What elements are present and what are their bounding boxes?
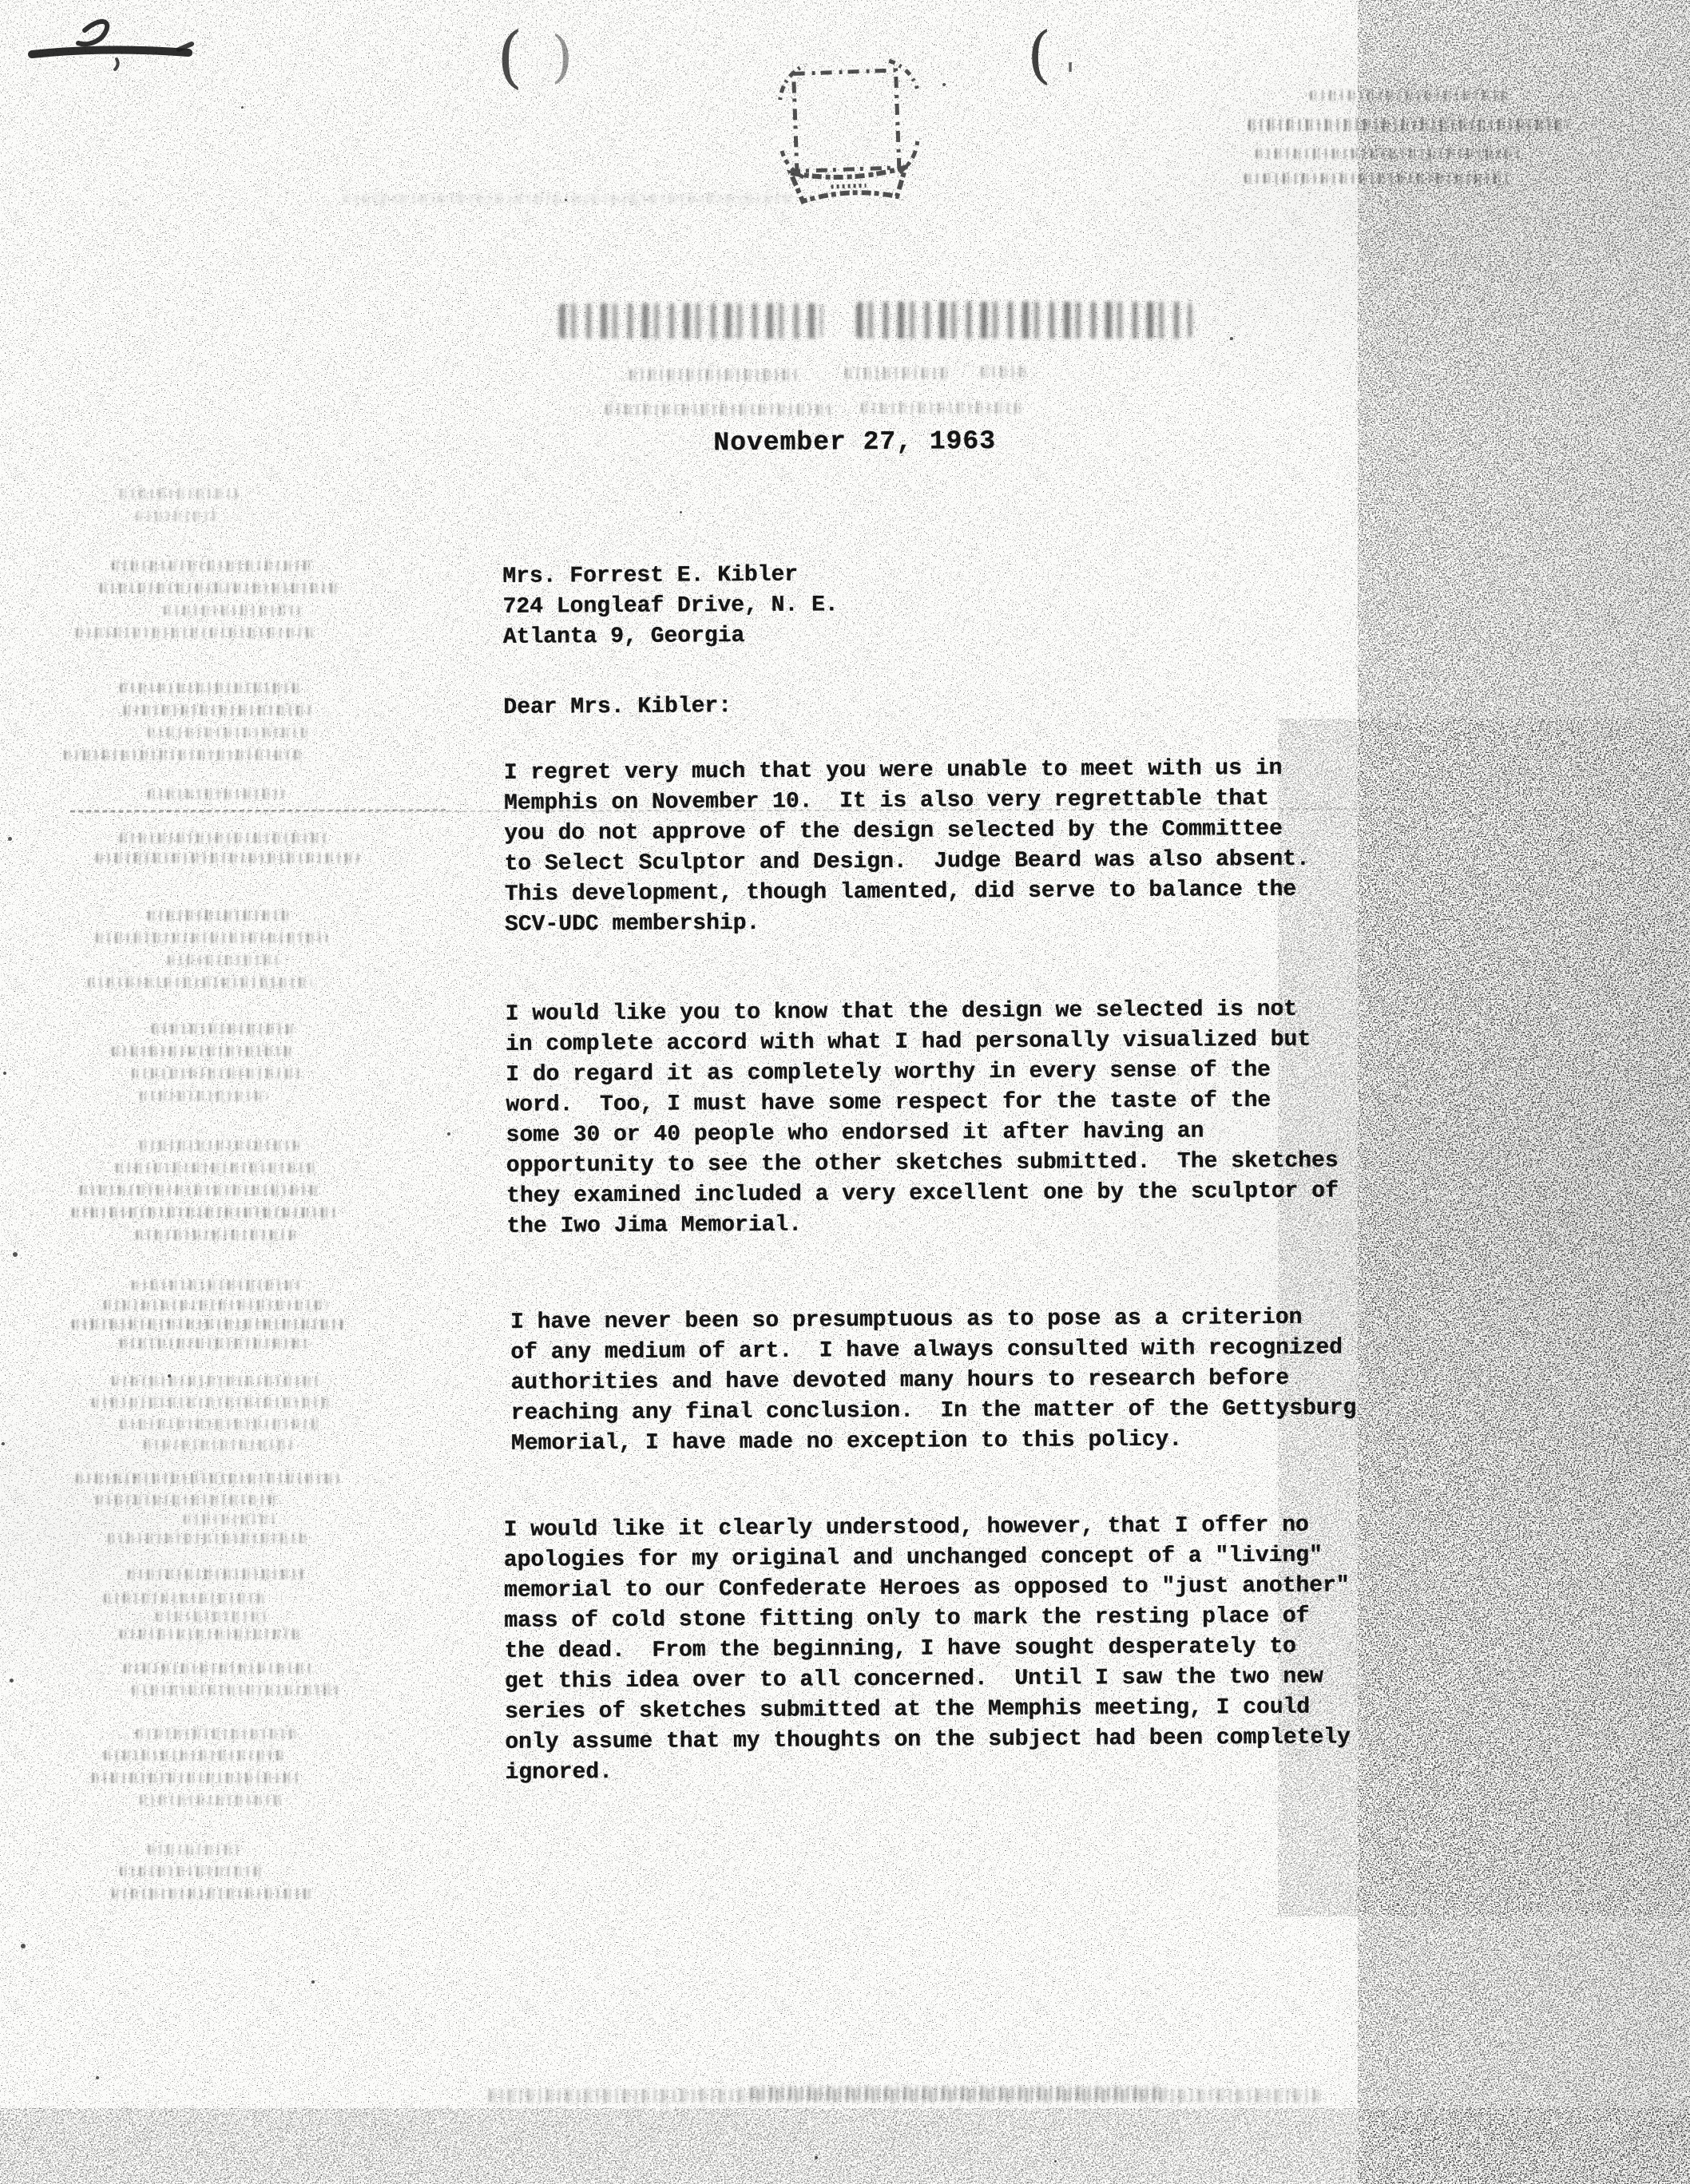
faded-illegible-text-line: [112, 1889, 311, 1899]
scan-speck: [10, 1679, 14, 1683]
faded-illegible-text-line: [132, 1685, 339, 1695]
tick-mark: ': [1065, 56, 1075, 97]
scan-speck: [21, 1944, 26, 1948]
faded-illegible-text-line: [120, 489, 240, 499]
faded-illegible-text-line: [112, 1376, 319, 1386]
salutation: Dear Mrs. Kibler:: [503, 692, 732, 723]
paren-mark-left-close: ): [551, 24, 573, 89]
faded-illegible-text-line: [559, 303, 823, 339]
paren-mark-left: (: [497, 18, 523, 96]
paragraph-1: I regret very much that you were unable …: [504, 754, 1311, 941]
faded-illegible-text-line: [148, 910, 292, 921]
faded-illegible-text-line: [148, 727, 307, 738]
faded-illegible-text-line: [120, 1866, 264, 1877]
faded-illegible-text-line: [100, 583, 339, 593]
faded-illegible-text-line: [136, 511, 216, 521]
scan-speck: [565, 199, 567, 201]
faded-illegible-text-line: [140, 1091, 268, 1101]
faded-illegible-text-line: [116, 1163, 315, 1173]
faded-illegible-text-line: [92, 1773, 300, 1783]
recipient-address: Mrs. Forrest E. Kibler 724 Longleaf Driv…: [502, 560, 839, 653]
faded-illegible-text-line: [140, 1795, 284, 1805]
faded-illegible-text-line: [148, 1845, 244, 1855]
faded-illegible-text-line: [72, 1207, 335, 1218]
paragraph-2: I would like you to know that the design…: [506, 994, 1339, 1242]
scan-speck: [13, 1252, 18, 1257]
faded-illegible-text-line: [132, 1280, 300, 1290]
faded-illegible-text-line: [164, 605, 300, 616]
faded-illegible-text-line: [72, 1319, 343, 1330]
scan-speck: [2, 1442, 5, 1445]
faded-illegible-text-line: [96, 933, 327, 943]
faded-illegible-text-line: [104, 1593, 264, 1603]
scan-speck: [942, 83, 946, 86]
scan-speck: [3, 1072, 6, 1075]
paragraph-3: I have never been so presumptuous as to …: [510, 1302, 1357, 1459]
scan-speck: [8, 837, 12, 841]
scan-speck: [447, 1132, 450, 1136]
faded-illegible-text-line: [136, 1729, 296, 1739]
faded-illegible-text-line: [148, 789, 284, 799]
scan-speck: [680, 511, 682, 513]
faded-illegible-text-line: [156, 1611, 268, 1622]
faded-illegible-text-line: [144, 1440, 296, 1450]
faded-illegible-text-line: [92, 1397, 331, 1408]
faded-illegible-text-line: [1256, 149, 1519, 159]
faded-illegible-text-line: [343, 194, 791, 204]
faded-illegible-text-line: [140, 1140, 300, 1151]
scan-speck: [168, 1374, 171, 1377]
scan-speck: [96, 2076, 99, 2079]
scan-speck: [1230, 337, 1233, 340]
faded-illegible-text-line: [1310, 90, 1509, 101]
faded-illegible-text-line: [112, 561, 315, 571]
faded-illegible-text-line: [120, 1419, 319, 1429]
faded-illegible-text-line: [128, 1569, 303, 1580]
faded-illegible-text-line: [124, 1663, 315, 1674]
faded-illegible-text-line: [861, 402, 1025, 414]
faded-illegible-text-line: [152, 1024, 296, 1034]
faded-illegible-text-line: [76, 628, 315, 638]
faded-illegible-text-line: [120, 683, 303, 693]
faded-illegible-text-line: [64, 750, 303, 760]
paragraph-4: I would like it clearly understood, howe…: [504, 1510, 1351, 1788]
faded-illegible-text-line: [856, 302, 1192, 339]
faded-illegible-text-line: [1244, 173, 1512, 184]
paren-mark-right: (: [1027, 19, 1051, 91]
faded-illegible-text-line: [120, 1338, 311, 1349]
faded-illegible-text-line: [605, 404, 833, 415]
faded-illegible-text-line: [1248, 119, 1568, 131]
faded-illegible-text-line: [629, 369, 801, 381]
scanned-letter-page: ( ) ( ' November 27, 1963 Mrs. Forrest E…: [0, 0, 1690, 2184]
faded-illegible-text-line: [751, 2086, 1166, 2100]
faded-illegible-text-line: [104, 1750, 288, 1761]
faded-illegible-text-line: [845, 367, 949, 379]
faded-illegible-text-line: [96, 1495, 280, 1505]
faded-illegible-text-line: [76, 1473, 339, 1484]
faded-illegible-text-line: [120, 833, 327, 843]
faded-illegible-text-line: [104, 1300, 327, 1310]
faded-illegible-text-line: [80, 1185, 319, 1195]
faded-illegible-text-line: [88, 977, 311, 988]
scan-speck: [241, 106, 244, 109]
faded-illegible-text-line: [168, 955, 280, 965]
faded-illegible-text-line: [981, 366, 1030, 378]
faded-illegible-text-line: [108, 1533, 307, 1544]
faded-illegible-text-line: [184, 1514, 280, 1524]
letter-date: November 27, 1963: [713, 426, 996, 458]
faded-illegible-text-line: [136, 1230, 296, 1240]
faded-illegible-text-line: [112, 1046, 296, 1056]
faded-illegible-text-line: [96, 853, 359, 863]
scan-speck: [311, 1980, 315, 1984]
scan-speck: [815, 2156, 818, 2159]
scan-speck: [1054, 2160, 1057, 2162]
faded-illegible-text-line: [120, 1629, 303, 1639]
faded-illegible-text-line: [132, 1068, 303, 1079]
faded-illegible-text-line: [124, 705, 315, 715]
